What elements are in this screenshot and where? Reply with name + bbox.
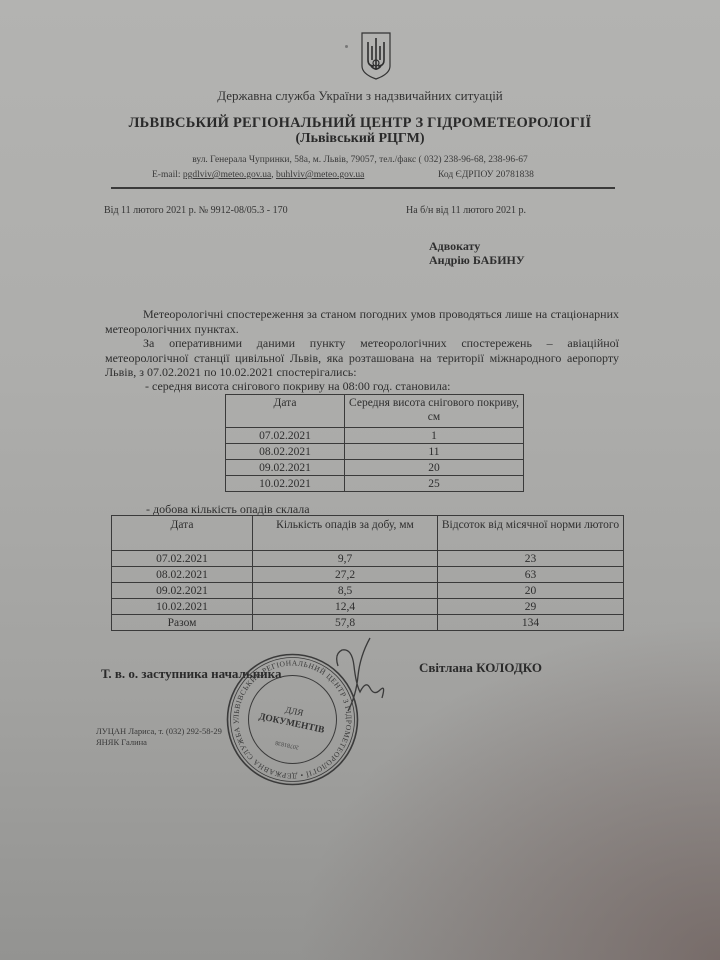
trident-emblem-icon: [361, 32, 391, 80]
signatory-name: Світлана КОЛОДКО: [419, 660, 542, 676]
cell-date: 07.02.2021: [226, 428, 345, 444]
precipitation-table: Дата Кількість опадів за добу, мм Відсот…: [111, 515, 624, 631]
executor-1: ЛУЦАН Лариса, т. (032) 292-58-29: [96, 726, 222, 737]
table-header-row: Дата Кількість опадів за добу, мм Відсот…: [112, 516, 624, 551]
email-link-primary[interactable]: pgdlviv@meteo.gov.ua: [183, 170, 271, 180]
cell-amount: 8,5: [253, 583, 438, 599]
addressee: Адвокату Андрію БАБИНУ: [429, 239, 525, 267]
snow-intro: - середня висота снігового покриву на 08…: [145, 379, 451, 394]
email-line: E-mail: pgdlviv@meteo.gov.ua, buhlviv@me…: [152, 170, 364, 180]
table-row: 07.02.20211: [226, 428, 524, 444]
cell-value: 11: [345, 444, 524, 460]
cell-value: 20: [345, 460, 524, 476]
cell-percent: 63: [438, 567, 624, 583]
executor-2: ЯНЯК Галина: [96, 737, 222, 748]
organization-name: ЛЬВІВСЬКИЙ РЕГІОНАЛЬНИЙ ЦЕНТР З ГІДРОМЕТ…: [0, 115, 720, 132]
table-row: 08.02.202111: [226, 444, 524, 460]
cell-date: 07.02.2021: [112, 551, 253, 567]
table-row: 09.02.202120: [226, 460, 524, 476]
service-name: Державна служба України з надзвичайних с…: [0, 88, 720, 104]
cell-date: 10.02.2021: [226, 476, 345, 492]
paragraph-1: Метеорологічні спостереження за станом п…: [105, 307, 619, 336]
table-row: 08.02.202127,263: [112, 567, 624, 583]
cell-percent: 20: [438, 583, 624, 599]
column-header: Дата: [226, 395, 345, 428]
cell-total-amount: 57,8: [253, 615, 438, 631]
cell-value: 25: [345, 476, 524, 492]
cell-date: 09.02.2021: [226, 460, 345, 476]
table-header-row: Дата Середня висота снігового покриву, с…: [226, 395, 524, 428]
email-label: E-mail:: [152, 170, 183, 180]
stamp-ring-text: ЛЬВІВСЬКИЙ РЕГІОНАЛЬНИЙ ЦЕНТР З ГІДРОМЕТ…: [225, 652, 354, 781]
cell-amount: 9,7: [253, 551, 438, 567]
column-header: Кількість опадів за добу, мм: [253, 516, 438, 551]
cell-date: 10.02.2021: [112, 599, 253, 615]
table-row: 10.02.202125: [226, 476, 524, 492]
mark-dot: [345, 45, 348, 48]
cell-value: 1: [345, 428, 524, 444]
cell-amount: 27,2: [253, 567, 438, 583]
outgoing-reference: Від 11 лютого 2021 р. № 9912-08/05.3 - 1…: [104, 205, 288, 216]
column-header: Середня висота снігового покриву, см: [345, 395, 524, 428]
paragraph-2: За оперативними даними пункту метеоролог…: [105, 336, 619, 380]
header-divider: [111, 187, 615, 189]
svg-text:ЛЬВІВСЬКИЙ РЕГІОНАЛЬНИЙ ЦЕНТР: ЛЬВІВСЬКИЙ РЕГІОНАЛЬНИЙ ЦЕНТР З ГІДРОМЕТ…: [225, 652, 354, 781]
letter-body: Метеорологічні спостереження за станом п…: [105, 307, 619, 380]
column-header: Дата: [112, 516, 253, 551]
official-stamp-icon: ЛЬВІВСЬКИЙ РЕГІОНАЛЬНИЙ ЦЕНТР З ГІДРОМЕТ…: [225, 652, 360, 787]
column-header: Відсоток від місячної норми лютого: [438, 516, 624, 551]
addressee-role: Адвокату: [429, 239, 525, 253]
organization-abbreviation: (Львівський РЦГМ): [0, 131, 720, 147]
cell-date: 09.02.2021: [112, 583, 253, 599]
cell-total-label: Разом: [112, 615, 253, 631]
organization-address: вул. Генерала Чупринки, 58а, м. Львів, 7…: [0, 155, 720, 165]
cell-date: 08.02.2021: [226, 444, 345, 460]
table-total-row: Разом57,8134: [112, 615, 624, 631]
addressee-name: Андрію БАБИНУ: [429, 253, 525, 267]
cell-total-percent: 134: [438, 615, 624, 631]
stamp-code: 20781838: [275, 739, 300, 750]
cell-percent: 29: [438, 599, 624, 615]
cell-percent: 23: [438, 551, 624, 567]
email-link-accounting[interactable]: buhlviv@meteo.gov.ua: [276, 170, 364, 180]
stamp-center-line-1: ДЛЯ: [284, 704, 304, 718]
incoming-reference: На б/н від 11 лютого 2021 р.: [406, 205, 526, 216]
table-row: 10.02.202112,429: [112, 599, 624, 615]
table-row: 09.02.20218,520: [112, 583, 624, 599]
table-row: 07.02.20219,723: [112, 551, 624, 567]
edrpou-code: Код ЄДРПОУ 20781838: [438, 170, 534, 180]
snow-depth-table: Дата Середня висота снігового покриву, с…: [225, 394, 524, 492]
cell-amount: 12,4: [253, 599, 438, 615]
executors: ЛУЦАН Лариса, т. (032) 292-58-29 ЯНЯК Га…: [96, 726, 222, 748]
cell-date: 08.02.2021: [112, 567, 253, 583]
